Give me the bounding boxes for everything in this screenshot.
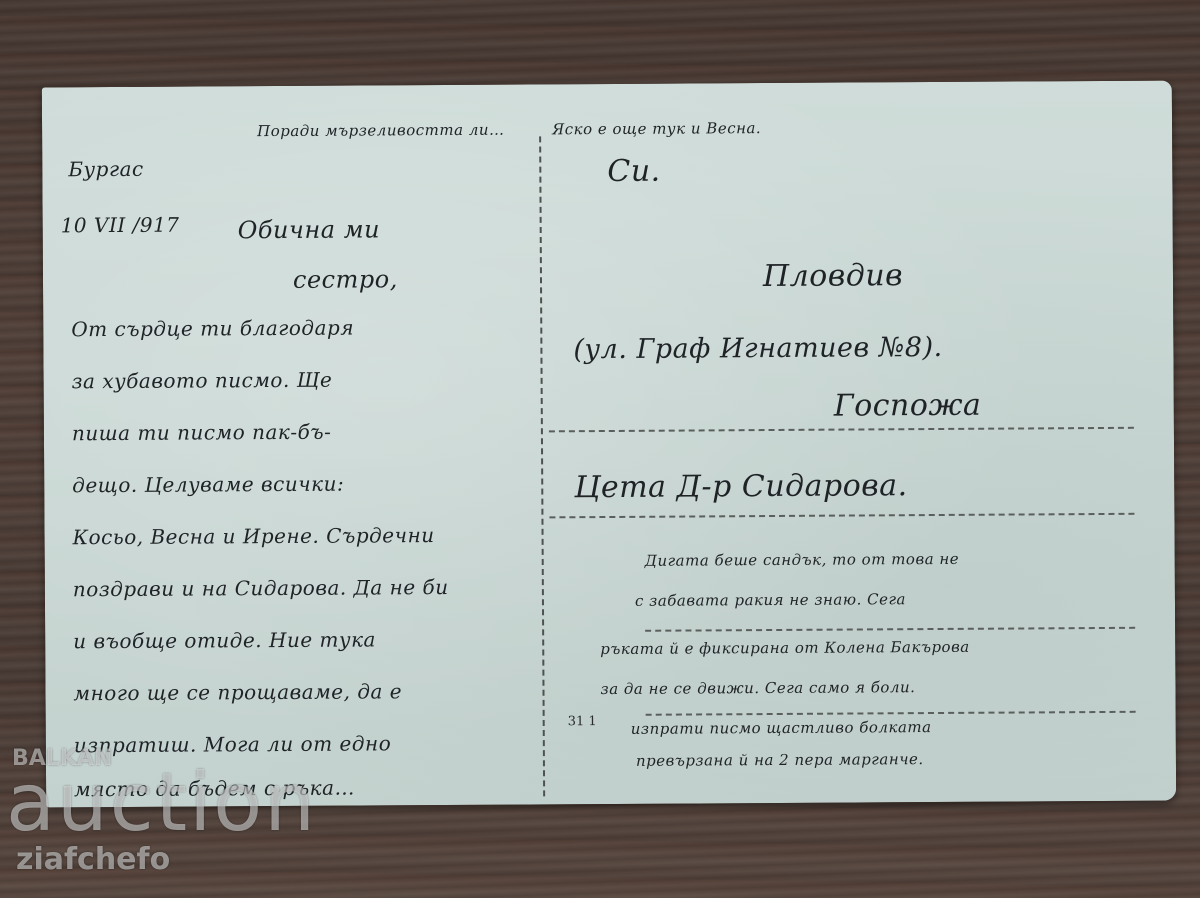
message-line: дещо. Целуваме всички:	[72, 472, 344, 498]
postscript-line: ръката й е фиксирана от Колена Бакърова	[600, 638, 970, 658]
message-line: пиша ти писмо пак-бъ-	[72, 420, 332, 446]
address-line-4	[646, 711, 1136, 716]
address-line-3	[645, 627, 1135, 632]
top-line-left: Поради мързеливостта ли…	[257, 121, 505, 141]
message-line: поздрави и на Сидарова. Да не би	[73, 575, 449, 601]
greeting-line-1: Обична ми	[238, 215, 380, 244]
signature: Си.	[607, 154, 661, 189]
watermark-middle: auction	[6, 756, 317, 849]
postscript-line: превързана й на 2 пера марганче.	[636, 750, 924, 770]
message-line: много ще се прощаваме, да е	[73, 679, 402, 705]
message-place: Бургас	[68, 157, 143, 181]
watermark-bottom: ziafchefo	[16, 842, 170, 877]
message-line: за хубавото писмо. Ще	[72, 368, 333, 394]
printed-number: 31 1	[568, 714, 597, 729]
postscript-line: за да не се движи. Сега само я боли.	[600, 678, 915, 698]
postscript-line: Дигата беше сандък, то от това не	[645, 550, 960, 570]
greeting-line-2: сестро,	[293, 265, 398, 294]
address-street: (ул. Граф Игнатиев №8).	[573, 332, 942, 365]
message-line: Косьо, Весна и Ирене. Сърдечни	[72, 523, 434, 549]
top-line-right: Яско е още тук и Весна.	[552, 119, 761, 138]
message-line: От сърдце ти благодаря	[71, 316, 354, 342]
postcard: Поради мързеливостта ли… Яско е още тук …	[42, 81, 1176, 808]
address-line-1	[549, 427, 1134, 433]
center-divider-line	[539, 136, 545, 796]
message-line: и въобще отиде. Ние тука	[73, 627, 376, 653]
address-city: Пловдив	[763, 258, 903, 294]
auction-watermark: BALKAN auction ziafchefo	[6, 740, 366, 890]
postscript-line: с забавата ракия не знаю. Сега	[635, 590, 906, 610]
address-salutation: Госпожа	[834, 388, 982, 424]
address-line-2	[549, 513, 1134, 519]
message-date: 10 VII /917	[61, 213, 180, 238]
postscript-line: изпрати писмо щастливо болката	[631, 718, 932, 738]
address-recipient: Цета Д-р Сидарова.	[574, 468, 908, 505]
